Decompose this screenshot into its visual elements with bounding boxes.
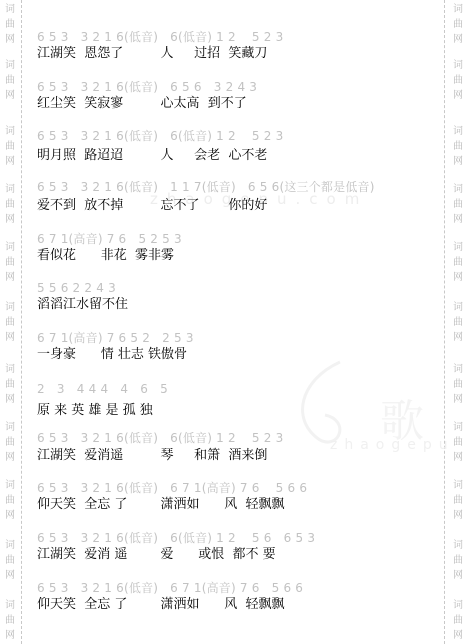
verse-line: 6 5 3 3 2 1 6(低音) 6 5 6 3 2 4 3 红尘笑 笑寂寥 … [37, 79, 257, 113]
margin-label: 词曲网 [2, 300, 18, 345]
lyric-line: 原 来 英 雄 是 孤 独 [37, 402, 168, 420]
margin-label: 词曲网 [2, 240, 18, 285]
verse-line: 2 3 4 4 4 4 6 5 原 来 英 雄 是 孤 独 [37, 381, 168, 420]
notation-line: 6 5 3 3 2 1 6(低音) 6(低音) 1 2 5 2 3 [37, 29, 283, 45]
lyric-line: 江湖笑 爱消 遥 爱 或恨 都不 要 [37, 546, 315, 564]
margin-label: 词曲网 [450, 124, 466, 169]
margin-label: 词曲网 [450, 538, 466, 583]
margin-label: 词曲网 [450, 420, 466, 465]
notation-line: 6 5 3 3 2 1 6(低音) 6 7 1(高音) 7 6 5 6 6 [37, 480, 307, 496]
verse-line: 5 5 6 2 2 4 3 滔滔江水留不住 [37, 280, 128, 314]
notation-line: 6 5 3 3 2 1 6(低音) 6(低音) 1 2 5 2 3 [37, 430, 283, 446]
lyric-line: 江湖笑 爱消遥 琴 和箫 酒来倒 [37, 447, 283, 465]
margin-label: 词曲网 [2, 420, 18, 465]
margin-label: 词曲网 [450, 300, 466, 345]
verse-line: 6 5 3 3 2 1 6(低音) 6 7 1(高音) 7 6 5 6 6 仰天… [37, 580, 303, 614]
notation-line: 6 5 3 3 2 1 6(低音) 6(低音) 1 2 5 2 3 [37, 128, 283, 144]
verse-line: 6 5 3 3 2 1 6(低音) 6 7 1(高音) 7 6 5 6 6 仰天… [37, 480, 307, 514]
verse-line: 6 7 1(高音) 7 6 5 2 5 3 看似花 非花 雾非雾 [37, 231, 182, 265]
lyric-line: 一身豪 情 壮志 铁傲骨 [37, 346, 194, 364]
notation-line: 2 3 4 4 4 4 6 5 [37, 381, 168, 397]
margin-label: 词曲网 [2, 58, 18, 103]
margin-label: 词曲网 [2, 598, 18, 643]
treble-clef-watermark-icon [280, 360, 370, 450]
notation-line: 6 5 3 3 2 1 6(低音) 1 1 7(低音) 6 5 6(这三个都是低… [37, 179, 375, 195]
right-dashed-border [444, 0, 445, 644]
notation-line: 6 5 3 3 2 1 6(低音) 6 5 6 3 2 4 3 [37, 79, 257, 95]
margin-label: 词曲网 [450, 240, 466, 285]
song-char-watermark: 歌 [380, 385, 424, 449]
lyric-line: 滔滔江水留不住 [37, 296, 128, 314]
lyric-line: 爱不到 放不掉 忘不了 你的好 [37, 197, 375, 215]
notation-line: 6 5 3 3 2 1 6(低音) 6 7 1(高音) 7 6 5 6 6 [37, 580, 303, 596]
right-margin-watermark: 词曲网 词曲网 词曲网 词曲网 词曲网 词曲网 词曲网 词曲网 词曲网 词曲网 … [450, 0, 466, 644]
margin-label: 词曲网 [450, 182, 466, 227]
margin-label: 词曲网 [2, 2, 18, 47]
lyric-line: 红尘笑 笑寂寥 心太高 到不了 [37, 95, 257, 113]
lyric-line: 明月照 路迢迢 人 会老 心不老 [37, 147, 283, 165]
notation-line: 6 5 3 3 2 1 6(低音) 6(低音) 1 2 5 6 6 5 3 [37, 530, 315, 546]
margin-label: 词曲网 [450, 362, 466, 407]
margin-label: 词曲网 [450, 2, 466, 47]
left-dashed-border [21, 0, 22, 644]
margin-label: 词曲网 [2, 362, 18, 407]
margin-label: 词曲网 [450, 478, 466, 523]
margin-label: 词曲网 [450, 58, 466, 103]
margin-label: 词曲网 [2, 124, 18, 169]
verse-line: 6 5 3 3 2 1 6(低音) 6(低音) 1 2 5 2 3 江湖笑 恩怨… [37, 29, 283, 63]
verse-line: 6 5 3 3 2 1 6(低音) 6(低音) 1 2 5 6 6 5 3 江湖… [37, 530, 315, 564]
verse-line: 6 7 1(高音) 7 6 5 2 2 5 3 一身豪 情 壮志 铁傲骨 [37, 330, 194, 364]
lyric-line: 仰天笑 全忘 了 潇洒如 风 轻飘飘 [37, 496, 307, 514]
verse-line: 6 5 3 3 2 1 6(低音) 6(低音) 1 2 5 2 3 明月照 路迢… [37, 128, 283, 165]
notation-line: 6 7 1(高音) 7 6 5 2 2 5 3 [37, 330, 194, 346]
lyric-line: 仰天笑 全忘 了 潇洒如 风 轻飘飘 [37, 596, 303, 614]
lyric-line: 江湖笑 恩怨了 人 过招 笑藏刀 [37, 45, 283, 63]
left-margin-watermark: 词曲网 词曲网 词曲网 词曲网 词曲网 词曲网 词曲网 词曲网 词曲网 词曲网 … [2, 0, 18, 644]
notation-line: 6 7 1(高音) 7 6 5 2 5 3 [37, 231, 182, 247]
margin-label: 词曲网 [2, 182, 18, 227]
notation-line: 5 5 6 2 2 4 3 [37, 280, 128, 296]
verse-line: 6 5 3 3 2 1 6(低音) 1 1 7(低音) 6 5 6(这三个都是低… [37, 179, 375, 215]
verse-line: 6 5 3 3 2 1 6(低音) 6(低音) 1 2 5 2 3 江湖笑 爱消… [37, 430, 283, 465]
margin-label: 词曲网 [2, 538, 18, 583]
lyric-line: 看似花 非花 雾非雾 [37, 247, 182, 265]
margin-label: 词曲网 [2, 478, 18, 523]
margin-label: 词曲网 [450, 598, 466, 643]
